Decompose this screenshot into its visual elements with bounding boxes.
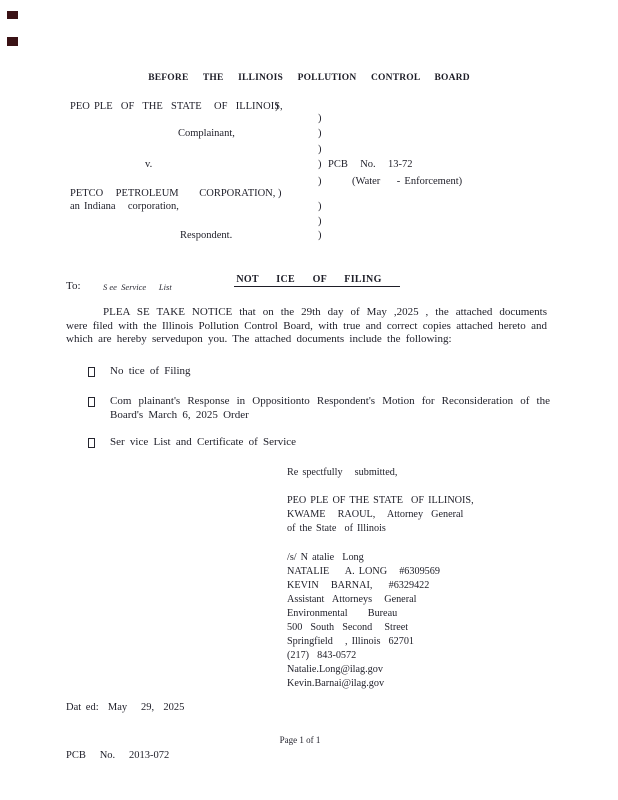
caption-paren: ) bbox=[318, 230, 322, 241]
attorney-name: NATALIE A. LONG #6309569 bbox=[287, 565, 440, 579]
party-descriptor: an Indiana corporation, bbox=[70, 201, 179, 212]
document-page: BEFORE THE ILLINOIS POLLUTION CONTROL BO… bbox=[0, 0, 618, 800]
party-role: Complainant, bbox=[178, 128, 235, 139]
square-bullet-icon bbox=[88, 438, 95, 448]
caption-row: Respondent. ) bbox=[0, 230, 618, 244]
respectfully-line: Re spectfully submitted, bbox=[287, 466, 397, 480]
notice-title: NOT ICE OF FILING bbox=[234, 274, 399, 287]
dated-line: Dat ed: May 29, 2025 bbox=[66, 702, 184, 713]
filing-item-text: No tice of Filing bbox=[110, 365, 550, 379]
square-bullet-icon bbox=[88, 397, 95, 407]
case-number: PCB No. 13-72 bbox=[328, 159, 413, 170]
scan-artifact bbox=[7, 11, 18, 19]
caption-paren: ) bbox=[318, 113, 322, 124]
party-name: PETCO PETROLEUM CORPORATION, bbox=[70, 188, 275, 199]
square-bullet-icon bbox=[88, 367, 95, 377]
attorney-title: Assistant Attorneys General bbox=[287, 593, 440, 607]
party-role: Respondent. bbox=[180, 230, 232, 241]
caption-paren: ) bbox=[318, 216, 322, 227]
phone-line: (217) 843-0572 bbox=[287, 649, 440, 663]
bureau-line: Environmental Bureau bbox=[287, 607, 440, 621]
attorney-block: /s/ N atalie Long NATALIE A. LONG #63095… bbox=[287, 551, 440, 691]
caption-row: an Indiana corporation, ) bbox=[0, 201, 618, 215]
sig-line: PEO PLE OF THE STATE OF ILLINOIS, bbox=[287, 494, 474, 508]
caption-paren: ) bbox=[318, 159, 322, 170]
notice-paragraph: PLEA SE TAKE NOTICE that on the 29th day… bbox=[66, 306, 547, 347]
docket-number: PCB No. 2013-072 bbox=[66, 750, 169, 761]
filing-item-text: Com plainant's Response in Oppositionto … bbox=[110, 395, 550, 423]
sig-line: KWAME RAOUL, Attorney General bbox=[287, 508, 474, 522]
caption-row: PETCO PETROLEUM CORPORATION, ) bbox=[0, 188, 618, 202]
caption-paren: ) bbox=[318, 144, 322, 155]
scan-artifact bbox=[7, 37, 18, 46]
address-line: Springfield , Illinois 62701 bbox=[287, 635, 440, 649]
caption-row: Complainant, ) bbox=[0, 128, 618, 142]
caption-row: ) bbox=[0, 113, 618, 127]
caption-row: ) bbox=[0, 216, 618, 230]
caption-row: ) bbox=[0, 144, 618, 158]
signature-line: /s/ N atalie Long bbox=[287, 551, 440, 565]
sig-line: of the State of Illinois bbox=[287, 522, 474, 536]
versus: v. bbox=[145, 159, 152, 170]
case-type: (Water - Enforcement) bbox=[352, 176, 462, 187]
caption-paren: ) bbox=[318, 201, 322, 212]
caption-row: v. ) PCB No. 13-72 bbox=[0, 159, 618, 173]
caption-paren: ) bbox=[318, 176, 322, 187]
office-block: PEO PLE OF THE STATE OF ILLINOIS, KWAME … bbox=[287, 494, 474, 536]
party-name: PEO PLE OF THE STATE OF ILLINOIS, bbox=[70, 101, 283, 112]
email-line: Kevin.Barnai@ilag.gov bbox=[287, 677, 440, 691]
email-line: Natalie.Long@ilag.gov bbox=[287, 663, 440, 677]
court-header: BEFORE THE ILLINOIS POLLUTION CONTROL BO… bbox=[0, 73, 618, 83]
address-line: 500 South Second Street bbox=[287, 621, 440, 635]
service-list-reference: S ee Service List bbox=[103, 282, 172, 292]
sig-line: Re spectfully submitted, bbox=[287, 466, 397, 480]
filing-item-text: Ser vice List and Certificate of Service bbox=[110, 436, 550, 450]
notice-title-row: NOT ICE OF FILING bbox=[0, 251, 618, 305]
caption-paren: ) bbox=[278, 188, 282, 199]
caption-paren: ) bbox=[275, 101, 279, 112]
to-label: To: bbox=[66, 280, 81, 292]
attorney-name: KEVIN BARNAI, #6329422 bbox=[287, 579, 440, 593]
caption-paren: ) bbox=[318, 128, 322, 139]
page-number: Page 1 of 1 bbox=[0, 735, 600, 745]
